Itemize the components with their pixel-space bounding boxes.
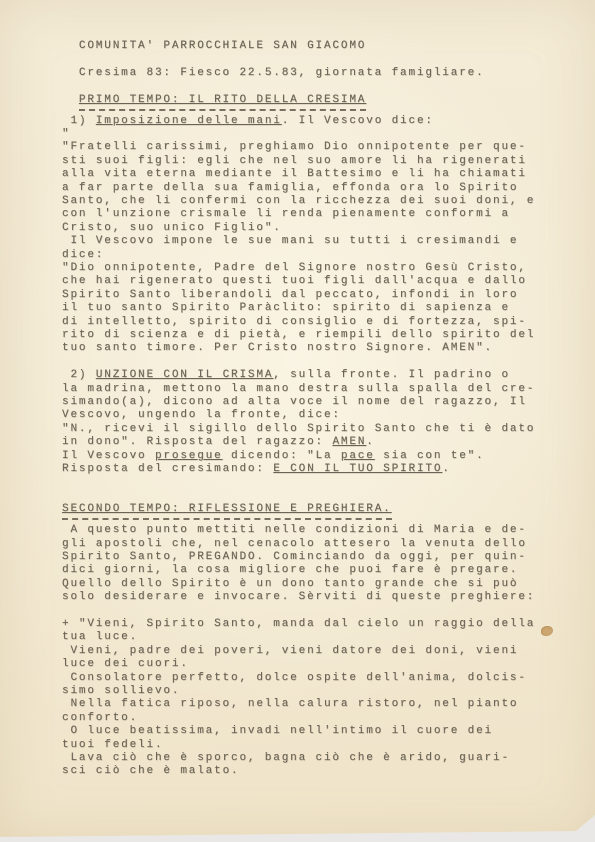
text-segment: "Dio onnipotente, Padre del Signore nost… <box>62 262 527 274</box>
text-segment: che hai rigenerato questi tuoi figli dal… <box>62 275 527 287</box>
text-line: 2) UNZIONE CON IL CRISMA, sulla fronte. … <box>62 369 581 382</box>
text-line: Cristo, suo unico Figlio". <box>62 222 581 235</box>
text-line: O luce beatissima, invadi nell'intimo il… <box>62 725 581 738</box>
blank-line <box>62 605 581 618</box>
text-segment: + "Vieni, Spirito Santo, manda dal cielo… <box>62 618 535 630</box>
text-segment: O luce beatissima, invadi nell'intimo il… <box>70 725 493 737</box>
text-segment: A questo punto mettiti nelle condizioni … <box>70 524 526 536</box>
blank-line <box>62 80 581 93</box>
text-line: Nella fatica riposo, nella calura ristor… <box>62 698 581 711</box>
text-segment: Il Vescovo <box>62 450 155 462</box>
text-line: dici giorni, la cosa migliore che puoi f… <box>62 564 581 577</box>
text-segment: PRIMO TEMPO: IL RITO DELLA CRESIMA <box>79 94 366 111</box>
text-segment: di intelletto, spirito di consiglio e di… <box>62 316 527 328</box>
text-segment: "N., ricevi il sigillo dello Spirito San… <box>62 423 535 435</box>
text-line: che hai rigenerato questi tuoi figli dal… <box>62 275 581 288</box>
text-line: "N., ricevi il sigillo dello Spirito San… <box>62 423 581 436</box>
text-segment: alla vita eterna mediante il Battesimo e… <box>62 168 527 180</box>
text-segment: . <box>442 463 450 475</box>
text-segment: Vescovo, ungendo la fronte, dice: <box>62 409 341 421</box>
text-line: simando(a), dicono ad alta voce il nome … <box>62 396 581 409</box>
text-segment: "Fratelli carissimi, preghiamo Dio onnip… <box>62 141 527 153</box>
text-line: in dono". Risposta del ragazzo: AMEN. <box>62 436 581 449</box>
text-segment: Santo, che li confermi con la ricchezza … <box>62 195 535 207</box>
text-segment: Il Vescovo impone le sue mani su tutti i… <box>70 235 518 247</box>
text-line: COMUNITA' PARROCCHIALE SAN GIACOMO <box>62 40 581 53</box>
text-line: Quello dello Spirito è un dono tanto gra… <box>62 578 581 591</box>
text-segment: sti suoi figli: egli che nel suo amore l… <box>62 155 527 167</box>
text-segment: il tuo santo Spirito Paràclito: spirito … <box>62 302 510 314</box>
text-line: "Fratelli carissimi, preghiamo Dio onnip… <box>62 141 581 154</box>
text-line: Spirito Santo liberandoli dal peccato, i… <box>62 289 581 302</box>
text-segment: Lava ciò che è sporco, bagna ciò che è a… <box>70 752 509 764</box>
text-line: tua luce. <box>62 631 581 644</box>
text-segment: luce dei cuori. <box>62 658 189 670</box>
text-line: il tuo santo Spirito Paràclito: spirito … <box>62 302 581 315</box>
text-segment: rito di scienza e di pietà, e riempili d… <box>62 329 535 341</box>
text-line: Vieni, padre dei poveri, vieni datore de… <box>62 645 581 658</box>
text-segment: tuoi fedeli. <box>62 739 163 751</box>
text-segment: sia con te". <box>375 450 485 462</box>
text-segment: COMUNITA' PARROCCHIALE SAN GIACOMO <box>79 40 366 52</box>
underlined-text: AMEN <box>332 436 366 448</box>
text-segment: con l'unzione crismale li renda pienamen… <box>62 208 510 220</box>
text-segment: " <box>62 128 70 140</box>
blank-line <box>62 476 581 489</box>
text-segment: dici giorni, la cosa migliore che puoi f… <box>62 564 518 576</box>
scanned-document: COMUNITA' PARROCCHIALE SAN GIACOMOCresim… <box>0 0 595 842</box>
text-segment: Risposta del cresimando: <box>62 463 273 475</box>
text-line: 1) Imposizione delle mani. Il Vescovo di… <box>62 115 581 128</box>
text-segment: simo sollievo. <box>62 685 180 697</box>
text-line: " <box>62 128 581 141</box>
underlined-text: pace <box>341 450 375 462</box>
text-line: Consolatore perfetto, dolce ospite dell'… <box>62 672 581 685</box>
text-line: "Dio onnipotente, Padre del Signore nost… <box>62 262 581 275</box>
text-line: Lava ciò che è sporco, bagna ciò che è a… <box>62 752 581 765</box>
text-segment: , sulla fronte. Il padrino o <box>273 369 510 381</box>
text-line: sti suoi figli: egli che nel suo amore l… <box>62 155 581 168</box>
text-segment: Quello dello Spirito è un dono tanto gra… <box>62 578 518 590</box>
text-line: conforto. <box>62 712 581 725</box>
text-segment: Spirito Santo liberandoli dal peccato, i… <box>62 289 518 301</box>
text-segment: in dono". Risposta del ragazzo: <box>62 436 332 448</box>
blank-line <box>62 490 581 503</box>
text-segment: sci ciò che è malato. <box>62 765 239 777</box>
text-line: Spirito Santo, PREGANDO. Cominciando da … <box>62 551 581 564</box>
text-segment: tua luce. <box>62 631 138 643</box>
text-segment: dice: <box>62 249 104 261</box>
text-line: rito di scienza e di pietà, e riempili d… <box>62 329 581 342</box>
text-line: + "Vieni, Spirito Santo, manda dal cielo… <box>62 618 581 631</box>
text-segment: Cresima 83: Fiesco 22.5.83, giornata fam… <box>79 67 485 79</box>
text-line: luce dei cuori. <box>62 658 581 671</box>
text-line: Santo, che li confermi con la ricchezza … <box>62 195 581 208</box>
text-segment: Nella fatica riposo, nella calura ristor… <box>70 698 518 710</box>
text-line: Il Vescovo impone le sue mani su tutti i… <box>62 235 581 248</box>
text-segment: simando(a), dicono ad alta voce il nome … <box>62 396 527 408</box>
text-line: Il Vescovo prosegue dicendo: "La pace si… <box>62 450 581 463</box>
text-line: sci ciò che è malato. <box>62 765 581 778</box>
text-segment: Consolatore perfetto, dolce ospite dell'… <box>70 672 526 684</box>
text-segment: conforto. <box>62 712 138 724</box>
text-line: Vescovo, ungendo la fronte, dice: <box>62 409 581 422</box>
text-line: Risposta del cresimando: E CON IL TUO SP… <box>62 463 581 476</box>
text-line: di intelletto, spirito di consiglio e di… <box>62 316 581 329</box>
blank-line <box>62 53 581 66</box>
text-segment: . Il Vescovo dice: <box>282 115 434 127</box>
underlined-text: Imposizione delle mani <box>96 115 282 127</box>
text-line: dice: <box>62 249 581 262</box>
text-line: a far parte della sua famiglia, effonda … <box>62 182 581 195</box>
text-segment: 2) <box>70 369 95 381</box>
text-line: simo sollievo. <box>62 685 581 698</box>
text-line: la madrina, mettono la mano destra sulla… <box>62 383 581 396</box>
underlined-text: prosegue <box>155 450 223 462</box>
text-segment: gli apostoli che, nel cenacolo attesero … <box>62 538 527 550</box>
blank-line <box>62 356 581 369</box>
text-segment: tuo santo timore. Per Cristo nostro Sign… <box>62 342 493 354</box>
underlined-text: E CON IL TUO SPIRITO <box>273 463 442 475</box>
text-segment: 1) <box>70 115 95 127</box>
text-segment: . <box>366 436 374 448</box>
section-heading: PRIMO TEMPO: IL RITO DELLA CRESIMA <box>62 94 581 115</box>
text-line: alla vita eterna mediante il Battesimo e… <box>62 168 581 181</box>
text-segment: Spirito Santo, PREGANDO. Cominciando da … <box>62 551 527 563</box>
text-line: A questo punto mettiti nelle condizioni … <box>62 524 581 537</box>
text-line: Cresima 83: Fiesco 22.5.83, giornata fam… <box>62 67 581 80</box>
text-segment: a far parte della sua famiglia, effonda … <box>62 182 518 194</box>
underlined-text: UNZIONE CON IL CRISMA <box>96 369 273 381</box>
section-heading: SECONDO TEMPO: RIFLESSIONE E PREGHIERA. <box>62 503 581 524</box>
text-line: con l'unzione crismale li renda pienamen… <box>62 208 581 221</box>
text-segment: dicendo: "La <box>223 450 341 462</box>
text-segment: Vieni, padre dei poveri, vieni datore de… <box>70 645 518 657</box>
text-line: solo desiderare e invocare. Sèrviti di q… <box>62 591 581 604</box>
text-segment: SECONDO TEMPO: RIFLESSIONE E PREGHIERA. <box>62 503 392 520</box>
document-page: COMUNITA' PARROCCHIALE SAN GIACOMOCresim… <box>0 0 595 842</box>
text-line: tuoi fedeli. <box>62 739 581 752</box>
text-line: tuo santo timore. Per Cristo nostro Sign… <box>62 342 581 355</box>
text-segment: Cristo, suo unico Figlio". <box>62 222 282 234</box>
text-line: gli apostoli che, nel cenacolo attesero … <box>62 538 581 551</box>
text-segment: solo desiderare e invocare. Sèrviti di q… <box>62 591 535 603</box>
typewritten-lines: COMUNITA' PARROCCHIALE SAN GIACOMOCresim… <box>62 40 581 779</box>
text-segment: la madrina, mettono la mano destra sulla… <box>62 383 535 395</box>
